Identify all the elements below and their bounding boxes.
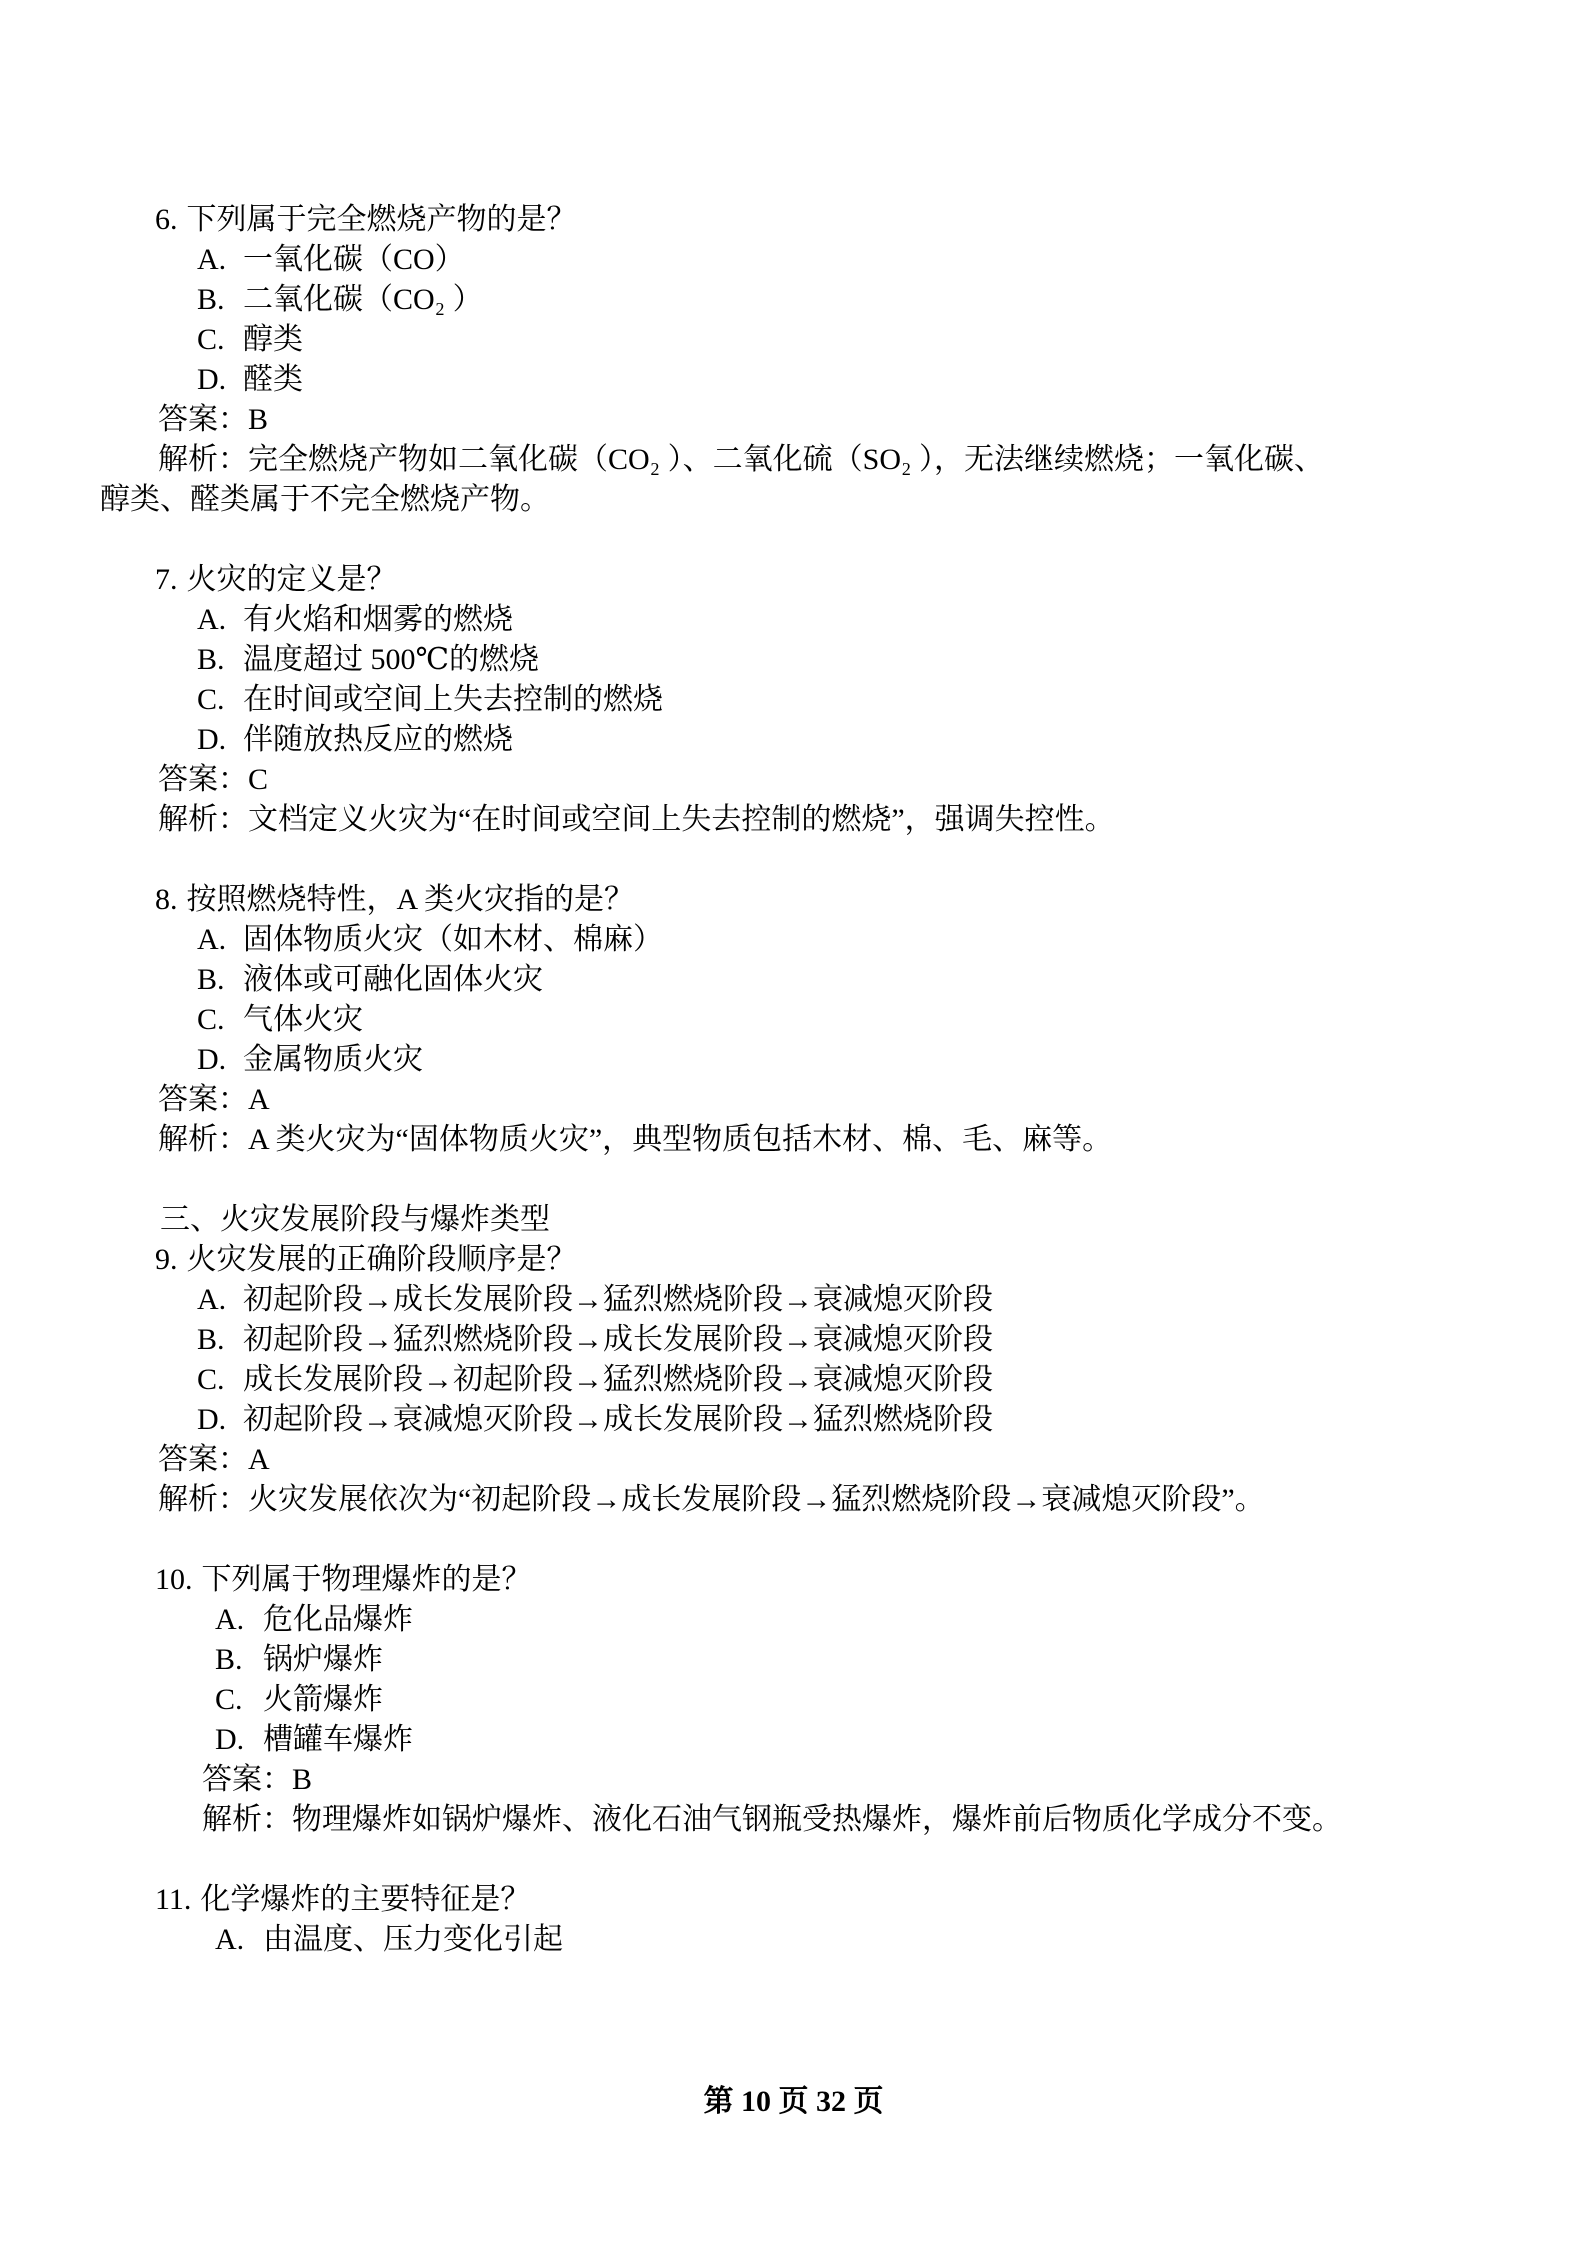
option-row: C.成长发展阶段→初起阶段→猛烈燃烧阶段→衰减熄灭阶段 [100, 1360, 1487, 1400]
answer-line: 答案：B [100, 1760, 1487, 1800]
question-block: 7.火灾的定义是？A.有火焰和烟雾的燃烧B.温度超过 500℃的燃烧C.在时间或… [100, 560, 1487, 840]
analysis-label: 解析： [158, 803, 248, 836]
option-row: A.有火焰和烟雾的燃烧 [100, 600, 1487, 640]
option-text: 初起阶段→衰减熄灭阶段→成长发展阶段→猛烈燃烧阶段 [243, 1400, 993, 1440]
answer-line: 答案：C [100, 760, 1487, 800]
option-row: B.温度超过 500℃的燃烧 [100, 640, 1487, 680]
option-text: 醛类 [243, 360, 303, 400]
option-label: C. [197, 320, 243, 360]
answer-line: 答案：B [100, 400, 1487, 440]
option-row: B.液体或可融化固体火灾 [100, 960, 1487, 1000]
answer-line: 答案：A [100, 1440, 1487, 1480]
analysis-text: 醇类、醛类属于不完全燃烧产物。 [100, 483, 550, 516]
question-block: 6.下列属于完全燃烧产物的是？A.一氧化碳（CO）B.二氧化碳（CO₂ ）C.醇… [100, 200, 1487, 520]
analysis-line: 解析：物理爆炸如锅炉爆炸、液化石油气钢瓶受热爆炸，爆炸前后物质化学成分不变。 [100, 1800, 1487, 1840]
option-label: C. [197, 1000, 243, 1040]
answer-label: 答案： [158, 1083, 248, 1116]
option-text: 初起阶段→成长发展阶段→猛烈燃烧阶段→衰减熄灭阶段 [243, 1280, 993, 1320]
option-label: A. [215, 1920, 263, 1960]
option-row: B.初起阶段→猛烈燃烧阶段→成长发展阶段→衰减熄灭阶段 [100, 1320, 1487, 1360]
analysis-text: 火灾发展依次为“初起阶段→成长发展阶段→猛烈燃烧阶段→衰减熄灭阶段”。 [248, 1483, 1265, 1516]
option-row: C.醇类 [100, 320, 1487, 360]
option-label: D. [197, 1040, 243, 1080]
option-label: A. [197, 920, 243, 960]
option-label: B. [197, 640, 243, 680]
option-row: A.固体物质火灾（如木材、棉麻） [100, 920, 1487, 960]
answer-label: 答案： [158, 1443, 248, 1476]
option-label: B. [197, 960, 243, 1000]
option-label: C. [215, 1680, 263, 1720]
option-label: A. [197, 1280, 243, 1320]
option-text: 伴随放热反应的燃烧 [243, 720, 513, 760]
option-label: A. [215, 1600, 263, 1640]
answer-label: 答案： [202, 1763, 292, 1796]
option-row: D.醛类 [100, 360, 1487, 400]
question-block: 8.按照燃烧特性，A 类火灾指的是？A.固体物质火灾（如木材、棉麻）B.液体或可… [100, 880, 1487, 1160]
option-text: 温度超过 500℃的燃烧 [243, 640, 539, 680]
question-number: 8. [155, 883, 178, 916]
option-row: C.在时间或空间上失去控制的燃烧 [100, 680, 1487, 720]
option-label: B. [197, 1320, 243, 1360]
question-number: 9. [155, 1243, 178, 1276]
option-text: 由温度、压力变化引起 [263, 1920, 563, 1960]
analysis-line: 解析：文档定义火灾为“在时间或空间上失去控制的燃烧”，强调失控性。 [100, 800, 1487, 840]
question-title-line: 7.火灾的定义是？ [100, 560, 1487, 600]
question-block: 10.下列属于物理爆炸的是？A.危化品爆炸B.锅炉爆炸C.火箭爆炸D.槽罐车爆炸… [100, 1560, 1487, 1840]
question-title-line: 8.按照燃烧特性，A 类火灾指的是？ [100, 880, 1487, 920]
option-label: B. [197, 280, 243, 320]
option-text: 火箭爆炸 [263, 1680, 383, 1720]
option-text: 液体或可融化固体火灾 [243, 960, 543, 1000]
option-label: D. [197, 720, 243, 760]
question-title-line: 9.火灾发展的正确阶段顺序是？ [100, 1240, 1487, 1280]
question-title: 下列属于物理爆炸的是？ [202, 1563, 532, 1596]
option-row: C.气体火灾 [100, 1000, 1487, 1040]
section-heading: 三、火灾发展阶段与爆炸类型 [100, 1200, 1487, 1240]
option-row: D.金属物质火灾 [100, 1040, 1487, 1080]
option-row: D.槽罐车爆炸 [100, 1720, 1487, 1760]
question-title: 下列属于完全燃烧产物的是？ [187, 203, 577, 236]
question-title: 化学爆炸的主要特征是？ [200, 1883, 530, 1916]
page-footer: 第 10 页 32 页 [0, 2082, 1587, 2122]
analysis-text: A 类火灾为“固体物质火灾”，典型物质包括木材、棉、毛、麻等。 [248, 1123, 1112, 1156]
answer-value: A [248, 1083, 270, 1116]
option-text: 危化品爆炸 [263, 1600, 413, 1640]
option-text: 成长发展阶段→初起阶段→猛烈燃烧阶段→衰减熄灭阶段 [243, 1360, 993, 1400]
analysis-label: 解析： [158, 1483, 248, 1516]
option-text: 醇类 [243, 320, 303, 360]
analysis-line: 醇类、醛类属于不完全燃烧产物。 [100, 480, 1487, 520]
question-title-line: 10.下列属于物理爆炸的是？ [100, 1560, 1487, 1600]
analysis-label: 解析： [158, 1123, 248, 1156]
question-number: 10. [155, 1563, 193, 1596]
question-title: 按照燃烧特性，A 类火灾指的是？ [187, 883, 635, 916]
answer-label: 答案： [158, 763, 248, 796]
question-block: 11.化学爆炸的主要特征是？A.由温度、压力变化引起 [100, 1880, 1487, 1960]
question-title: 火灾发展的正确阶段顺序是？ [187, 1243, 577, 1276]
answer-value: A [248, 1443, 270, 1476]
option-text: 有火焰和烟雾的燃烧 [243, 600, 513, 640]
question-number: 6. [155, 203, 178, 236]
option-text: 固体物质火灾（如木材、棉麻） [243, 920, 663, 960]
option-text: 一氧化碳（CO） [243, 240, 465, 280]
option-text: 金属物质火灾 [243, 1040, 423, 1080]
analysis-line: 解析：A 类火灾为“固体物质火灾”，典型物质包括木材、棉、毛、麻等。 [100, 1120, 1487, 1160]
analysis-text: 物理爆炸如锅炉爆炸、液化石油气钢瓶受热爆炸，爆炸前后物质化学成分不变。 [292, 1803, 1342, 1836]
option-row: B.二氧化碳（CO₂ ） [100, 280, 1487, 320]
question-block: 9.火灾发展的正确阶段顺序是？A.初起阶段→成长发展阶段→猛烈燃烧阶段→衰减熄灭… [100, 1240, 1487, 1520]
question-number: 7. [155, 563, 178, 596]
option-row: D.伴随放热反应的燃烧 [100, 720, 1487, 760]
option-label: D. [197, 1400, 243, 1440]
analysis-line: 解析：完全燃烧产物如二氧化碳（CO₂ ）、二氧化硫（SO₂ ），无法继续燃烧；一… [100, 440, 1487, 480]
option-label: D. [197, 360, 243, 400]
answer-label: 答案： [158, 403, 248, 436]
analysis-text: 完全燃烧产物如二氧化碳（CO₂ ）、二氧化硫（SO₂ ），无法继续燃烧；一氧化碳… [248, 443, 1324, 476]
option-text: 锅炉爆炸 [263, 1640, 383, 1680]
question-title: 火灾的定义是？ [187, 563, 397, 596]
document-page: 6.下列属于完全燃烧产物的是？A.一氧化碳（CO）B.二氧化碳（CO₂ ）C.醇… [100, 200, 1487, 2000]
question-title-line: 6.下列属于完全燃烧产物的是？ [100, 200, 1487, 240]
option-text: 初起阶段→猛烈燃烧阶段→成长发展阶段→衰减熄灭阶段 [243, 1320, 993, 1360]
answer-value: B [248, 403, 268, 436]
option-row: A.一氧化碳（CO） [100, 240, 1487, 280]
option-text: 槽罐车爆炸 [263, 1720, 413, 1760]
option-row: A.由温度、压力变化引起 [100, 1920, 1487, 1960]
analysis-text: 文档定义火灾为“在时间或空间上失去控制的燃烧”，强调失控性。 [248, 803, 1115, 836]
analysis-line: 解析：火灾发展依次为“初起阶段→成长发展阶段→猛烈燃烧阶段→衰减熄灭阶段”。 [100, 1480, 1487, 1520]
answer-line: 答案：A [100, 1080, 1487, 1120]
option-label: A. [197, 240, 243, 280]
option-row: D.初起阶段→衰减熄灭阶段→成长发展阶段→猛烈燃烧阶段 [100, 1400, 1487, 1440]
option-row: B.锅炉爆炸 [100, 1640, 1487, 1680]
question-number: 11. [155, 1883, 191, 1916]
option-label: D. [215, 1720, 263, 1760]
analysis-label: 解析： [158, 443, 248, 476]
question-title-line: 11.化学爆炸的主要特征是？ [100, 1880, 1487, 1920]
option-row: C.火箭爆炸 [100, 1680, 1487, 1720]
option-label: C. [197, 680, 243, 720]
answer-value: C [248, 763, 268, 796]
option-row: A.初起阶段→成长发展阶段→猛烈燃烧阶段→衰减熄灭阶段 [100, 1280, 1487, 1320]
option-label: C. [197, 1360, 243, 1400]
option-label: B. [215, 1640, 263, 1680]
analysis-label: 解析： [202, 1803, 292, 1836]
option-text: 气体火灾 [243, 1000, 363, 1040]
answer-value: B [292, 1763, 312, 1796]
option-row: A.危化品爆炸 [100, 1600, 1487, 1640]
option-text: 在时间或空间上失去控制的燃烧 [243, 680, 663, 720]
option-text: 二氧化碳（CO₂ ） [243, 280, 483, 320]
option-label: A. [197, 600, 243, 640]
